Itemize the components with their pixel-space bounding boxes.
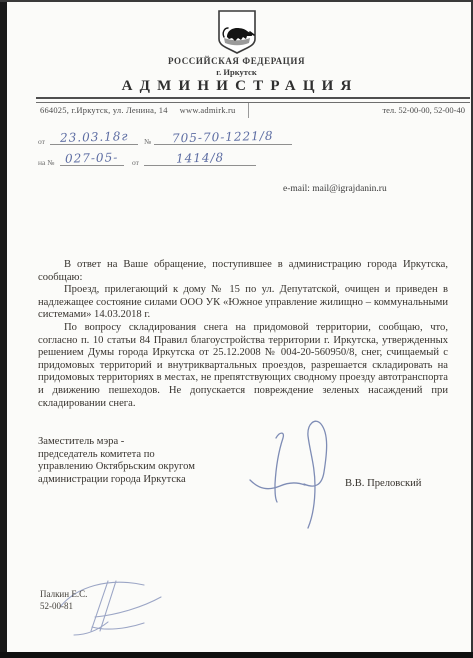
signature-ink-scribble (246, 416, 356, 536)
ref-in-ref-field: 1414/8 (144, 149, 256, 166)
executor-name: Палкин Е.С. (40, 589, 87, 601)
ref-from-date-handwriting: 23.03.18г (60, 129, 129, 145)
org-address-text: 664025, г.Иркутск, ул. Ленина, 14 (40, 105, 168, 115)
letter-body: В ответ на Ваше обращение, поступившее в… (38, 259, 448, 410)
scan-edge-left (0, 0, 7, 658)
header-city: г. Иркутск (0, 67, 473, 77)
signer-title-line-1: Заместитель мэра - (38, 436, 195, 449)
signer-title-line-3: управлению Октябрьским округом (38, 461, 195, 474)
scan-edge-bottom (0, 652, 473, 658)
ref-of-label: от (132, 158, 139, 167)
ref-from-field: 23.03.18г (50, 128, 138, 145)
executor-block: Палкин Е.С. 52-00-81 (40, 589, 87, 612)
org-website: www.admirk.ru (180, 105, 236, 115)
signer-title-block: Заместитель мэра - председатель комитета… (38, 436, 195, 487)
contact-divider (248, 103, 249, 118)
ref-in-number-handwriting: 027-05- (65, 150, 119, 165)
executor-phone: 52-00-81 (40, 601, 87, 613)
ref-out-number-handwriting: 705-70-1221/8 (172, 129, 274, 146)
irkutsk-coat-of-arms-icon (217, 9, 257, 55)
ref-on-number-label: на № (38, 158, 54, 167)
header-org-title: АДМИНИСТРАЦИЯ (0, 78, 473, 95)
ref-from-label: от (38, 137, 45, 146)
body-paragraph-3: По вопросу складирования снега на придом… (38, 322, 448, 410)
ref-number-label: № (144, 137, 151, 146)
header-divider (36, 97, 470, 103)
ref-out-number-field: 705-70-1221/8 (154, 128, 292, 145)
signer-title-line-4: администрации города Иркутска (38, 474, 195, 487)
ref-in-ref-handwriting: 1414/8 (176, 150, 225, 165)
signer-name: В.В. Преловский (345, 478, 421, 489)
ref-in-number-field: 027-05- (60, 149, 124, 166)
scan-edge-top (0, 0, 473, 2)
signer-title-line-2: председатель комитета по (38, 449, 195, 462)
email-line: e-mail: mail@igrajdanin.ru (283, 184, 387, 194)
body-paragraph-1: В ответ на Ваше обращение, поступившее в… (38, 259, 448, 284)
body-paragraph-2: Проезд, прилегающий к дому № 15 по ул. Д… (38, 284, 448, 322)
org-address: 664025, г.Иркутск, ул. Ленина, 14www.adm… (40, 105, 236, 115)
org-phone: тел. 52-00-00, 52-00-40 (382, 105, 465, 115)
header-country: РОССИЙСКАЯ ФЕДЕРАЦИЯ (0, 56, 473, 66)
